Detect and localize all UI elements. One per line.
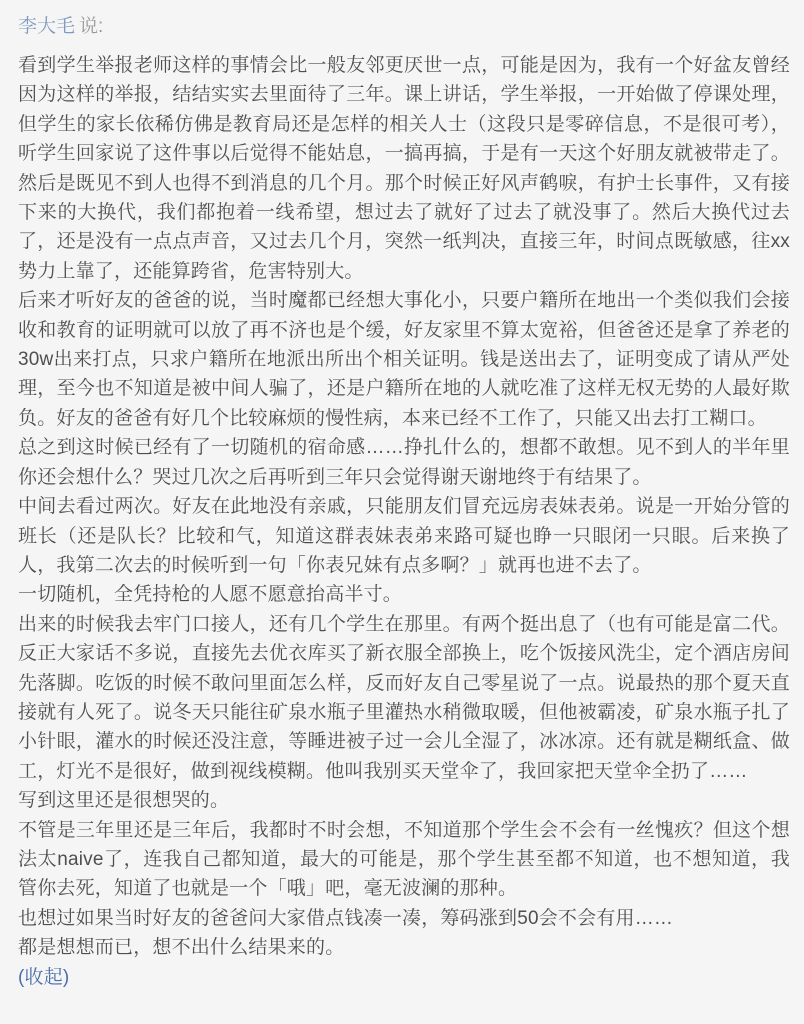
post-paragraph: 写到这里还是很想哭的。 xyxy=(18,786,790,815)
status-post: 李大毛说: 看到学生举报老师这样的事情会比一般友邻更厌世一点，可能是因为，我有一… xyxy=(0,0,804,992)
post-paragraph: 出来的时候我去牢门口接人，还有几个学生在那里。有两个挺出息了（也有可能是富二代。… xyxy=(18,610,790,786)
says-label: 说: xyxy=(79,16,103,37)
post-paragraph: 看到学生举报老师这样的事情会比一般友邻更厌世一点，可能是因为，我有一个好盆友曾经… xyxy=(18,51,790,286)
collapse-row: (收起) xyxy=(18,963,790,992)
post-paragraph: 后来才听好友的爸爸的说，当时魔都已经想大事化小，只要户籍所在地出一个类似我们会接… xyxy=(18,286,790,433)
post-header: 李大毛说: xyxy=(18,15,790,39)
post-paragraph: 也想过如果当时好友的爸爸问大家借点钱凑一凑，筹码涨到50会不会有用…… xyxy=(18,904,790,933)
post-body: 看到学生举报老师这样的事情会比一般友邻更厌世一点，可能是因为，我有一个好盆友曾经… xyxy=(18,51,790,992)
post-paragraph: 都是想想而已，想不出什么结果来的。 xyxy=(18,933,790,962)
username-link[interactable]: 李大毛 xyxy=(18,16,75,37)
post-paragraph: 不管是三年里还是三年后，我都时不时会想，不知道那个学生会不会有一丝愧疚？但这个想… xyxy=(18,816,790,904)
post-paragraph: 一切随机，全凭持枪的人愿不愿意抬高半寸。 xyxy=(18,580,790,609)
post-paragraph: 中间去看过两次。好友在此地没有亲戚，只能朋友们冒充远房表妹表弟。说是一开始分管的… xyxy=(18,492,790,580)
collapse-link[interactable]: (收起) xyxy=(18,967,69,988)
post-paragraph: 总之到这时候已经有了一切随机的宿命感……挣扎什么的，想都不敢想。见不到人的半年里… xyxy=(18,433,790,492)
